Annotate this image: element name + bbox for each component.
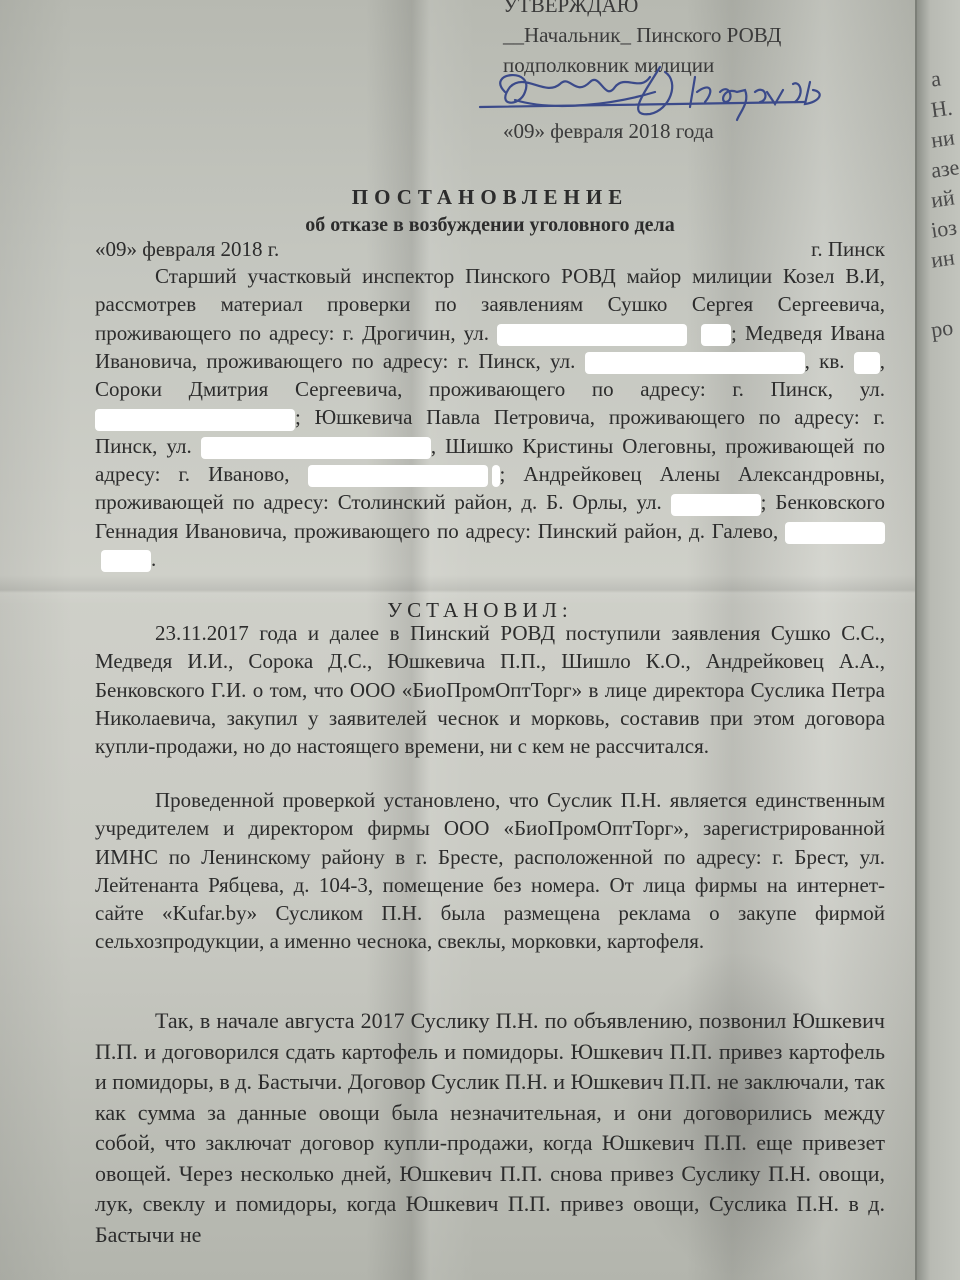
handwritten-signature-icon [475, 62, 835, 122]
redacted-address [671, 494, 761, 516]
paragraph-events: Так, в начале августа 2017 Суслику П.Н. … [95, 1006, 885, 1250]
side-text-fragment: а [929, 65, 942, 92]
document-title: ПОСТАНОВЛЕНИЕ [0, 185, 960, 210]
paragraph-text: 23.11.2017 года и далее в Пинский РОВД п… [95, 619, 885, 760]
intro-paragraph: Старший участковый инспектор Пинского РО… [95, 262, 885, 573]
approval-heading: УТВЕРЖДАЮ [503, 0, 781, 20]
redacted-address [785, 522, 885, 544]
redacted-address [701, 324, 731, 346]
side-text-fragment: азе [929, 154, 960, 184]
document-page: УТВЕРЖДАЮ __Начальник_ Пинского РОВД под… [0, 0, 915, 1280]
side-text-fragment: ий [929, 184, 956, 213]
side-text-fragment: ioз [929, 214, 958, 243]
redacted-address [101, 550, 151, 572]
redacted-address [492, 465, 500, 487]
intro-text: , кв. [805, 349, 854, 373]
redacted-address [95, 409, 295, 431]
side-text-fragment: ро [929, 315, 954, 344]
redacted-address [201, 437, 431, 459]
redacted-address [308, 465, 488, 487]
redacted-address [585, 352, 805, 374]
redacted-apartment [854, 352, 880, 374]
redacted-address [497, 324, 687, 346]
side-text-fragment: Н. [929, 95, 954, 124]
approval-position: __Начальник_ Пинского РОВД [503, 20, 781, 50]
paragraph-complaints: 23.11.2017 года и далее в Пинский РОВД п… [95, 619, 885, 760]
adjacent-page-edge: а Н. ни азе ий ioз ин ро [915, 0, 960, 1280]
side-text-fragment: ин [929, 244, 956, 273]
paragraph-text: Так, в начале августа 2017 Суслику П.Н. … [95, 1006, 885, 1250]
paragraph-findings: Проведенной проверкой установлено, что С… [95, 786, 885, 956]
intro-text: . [151, 547, 156, 571]
document-place: г. Пинск [811, 237, 885, 262]
document-date: «09» февраля 2018 г. [95, 237, 279, 262]
paragraph-text: Проведенной проверкой установлено, что С… [95, 786, 885, 956]
date-place-line: «09» февраля 2018 г. г. Пинск [95, 237, 885, 262]
document-subtitle: об отказе в возбуждении уголовного дела [0, 214, 960, 237]
side-text-fragment: ни [929, 124, 956, 153]
